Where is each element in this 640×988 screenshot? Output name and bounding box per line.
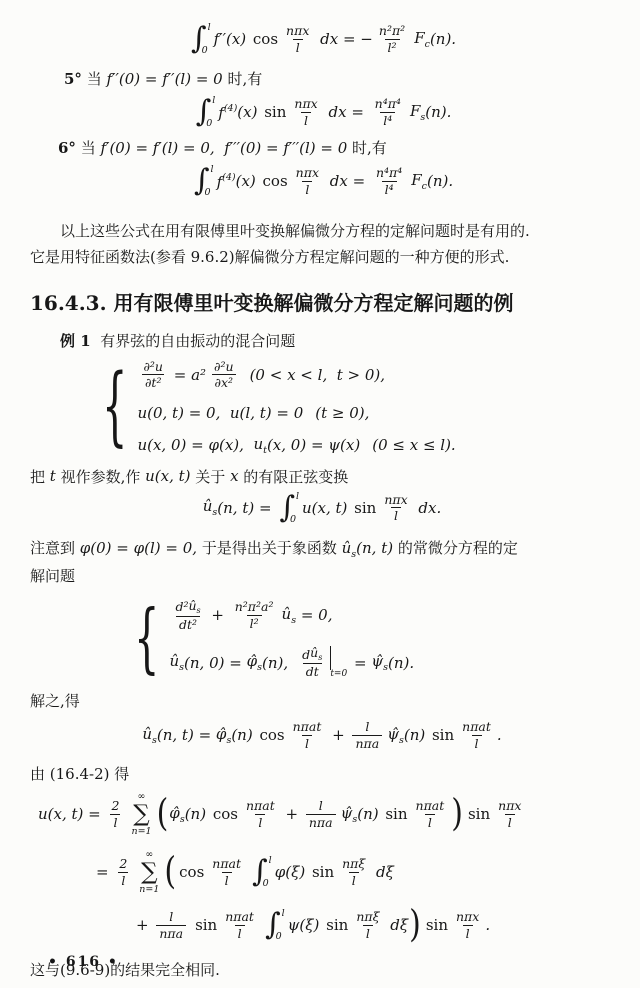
paragraph-usefulness-line1: 以上这些公式在用有限傅里叶变换解偏微分方程的定解问题时是有用的. [30, 218, 614, 244]
text-by-formula-16-4-2: 由 (16.4-2) 得 [30, 763, 614, 784]
condition-6: 6° 当 f′(0) = f′(l) = 0, f′′′(0) = f′′′(l… [58, 137, 614, 158]
formula-ode-solution: ûs(n, t) = φ̂s(n) cosnπatl + lnπaψ̂s(n) … [30, 719, 614, 751]
example-1-title: 例 1 有界弦的自由振动的混合问题 [60, 330, 614, 351]
boundary-conditions: u(0, t) = 0, u(l, t) = 0(t ≥ 0), [137, 404, 455, 422]
text-solving: 解之,得 [30, 690, 614, 711]
formula-finite-sine-transform: ûs(n, t) = ∫l0u(x, t) sinnπxl dx. [30, 491, 614, 525]
formula-final-series-line1: u(x, t) = 2l∞∑n=1(φ̂s(n) cosnπatl + lnπa… [38, 792, 614, 836]
formula-final-series-line2: = 2l∞∑n=1(cosnπatl∫l0φ(ξ) sinnπξl dξ [96, 850, 614, 894]
system-ode: { d²ûsdt² + n²π²a²l²ûs = 0, ûs(n, 0) = φ… [134, 598, 614, 680]
ode-equation: d²ûsdt² + n²π²a²l²ûs = 0, [169, 598, 414, 633]
formula-f2-cos-transform: ∫l0f′′(x) cosnπxl dx = −n²π²l²Fc(n). [30, 22, 614, 56]
formula-f4-cos-transform: ∫l0f(4)(x) cosnπxl dx = n⁴π⁴l⁴Fc(n). [30, 164, 614, 198]
left-brace: { [134, 601, 159, 677]
left-brace: { [102, 364, 127, 450]
condition-5: 5° 当 f′′(0) = f′′(l) = 0 时,有 [64, 68, 614, 89]
initial-conditions: u(x, 0) = φ(x), ut(x, 0) = ψ(x)(0 ≤ x ≤ … [137, 435, 455, 456]
formula-final-series-line3: + lnπasinnπatl∫l0ψ(ξ) sinnπξl dξ)sinnπxl… [136, 908, 614, 942]
text-note-line1: 注意到 φ(0) = φ(l) = 0, 于是得出关于象函数 ûs(n, t) … [30, 535, 614, 563]
paragraph-usefulness-line2: 它是用特征函数法(参看 9.6.2)解偏微分方程定解问题的一种方便的形式. [30, 244, 614, 270]
section-heading: 16.4.3. 用有限傅里叶变换解偏微分方程定解问题的例 [30, 287, 614, 316]
text-note-line2: 解问题 [30, 563, 614, 590]
formula-f4-sin-transform: ∫l0f(4)(x) sinnπxl dx = n⁴π⁴l⁴Fs(n). [30, 95, 614, 129]
text-sine-transform-intro: 把 t 视作参数,作 u(x, t) 关于 x 的有限正弦变换 [30, 466, 614, 487]
book-page: ∫l0f′′(x) cosnπxl dx = −n²π²l²Fc(n). 5° … [0, 0, 640, 988]
system-wave-equation: { ∂²u∂t² = a²∂²u∂x²(0 < x < l, t > 0), u… [102, 359, 614, 456]
wave-pde: ∂²u∂t² = a²∂²u∂x²(0 < x < l, t > 0), [137, 359, 455, 391]
page-number: • 616 • [48, 954, 119, 970]
ode-initial-conditions: ûs(n, 0) = φ̂s(n),dûsdtt=0 = ψ̂s(n). [169, 645, 414, 680]
